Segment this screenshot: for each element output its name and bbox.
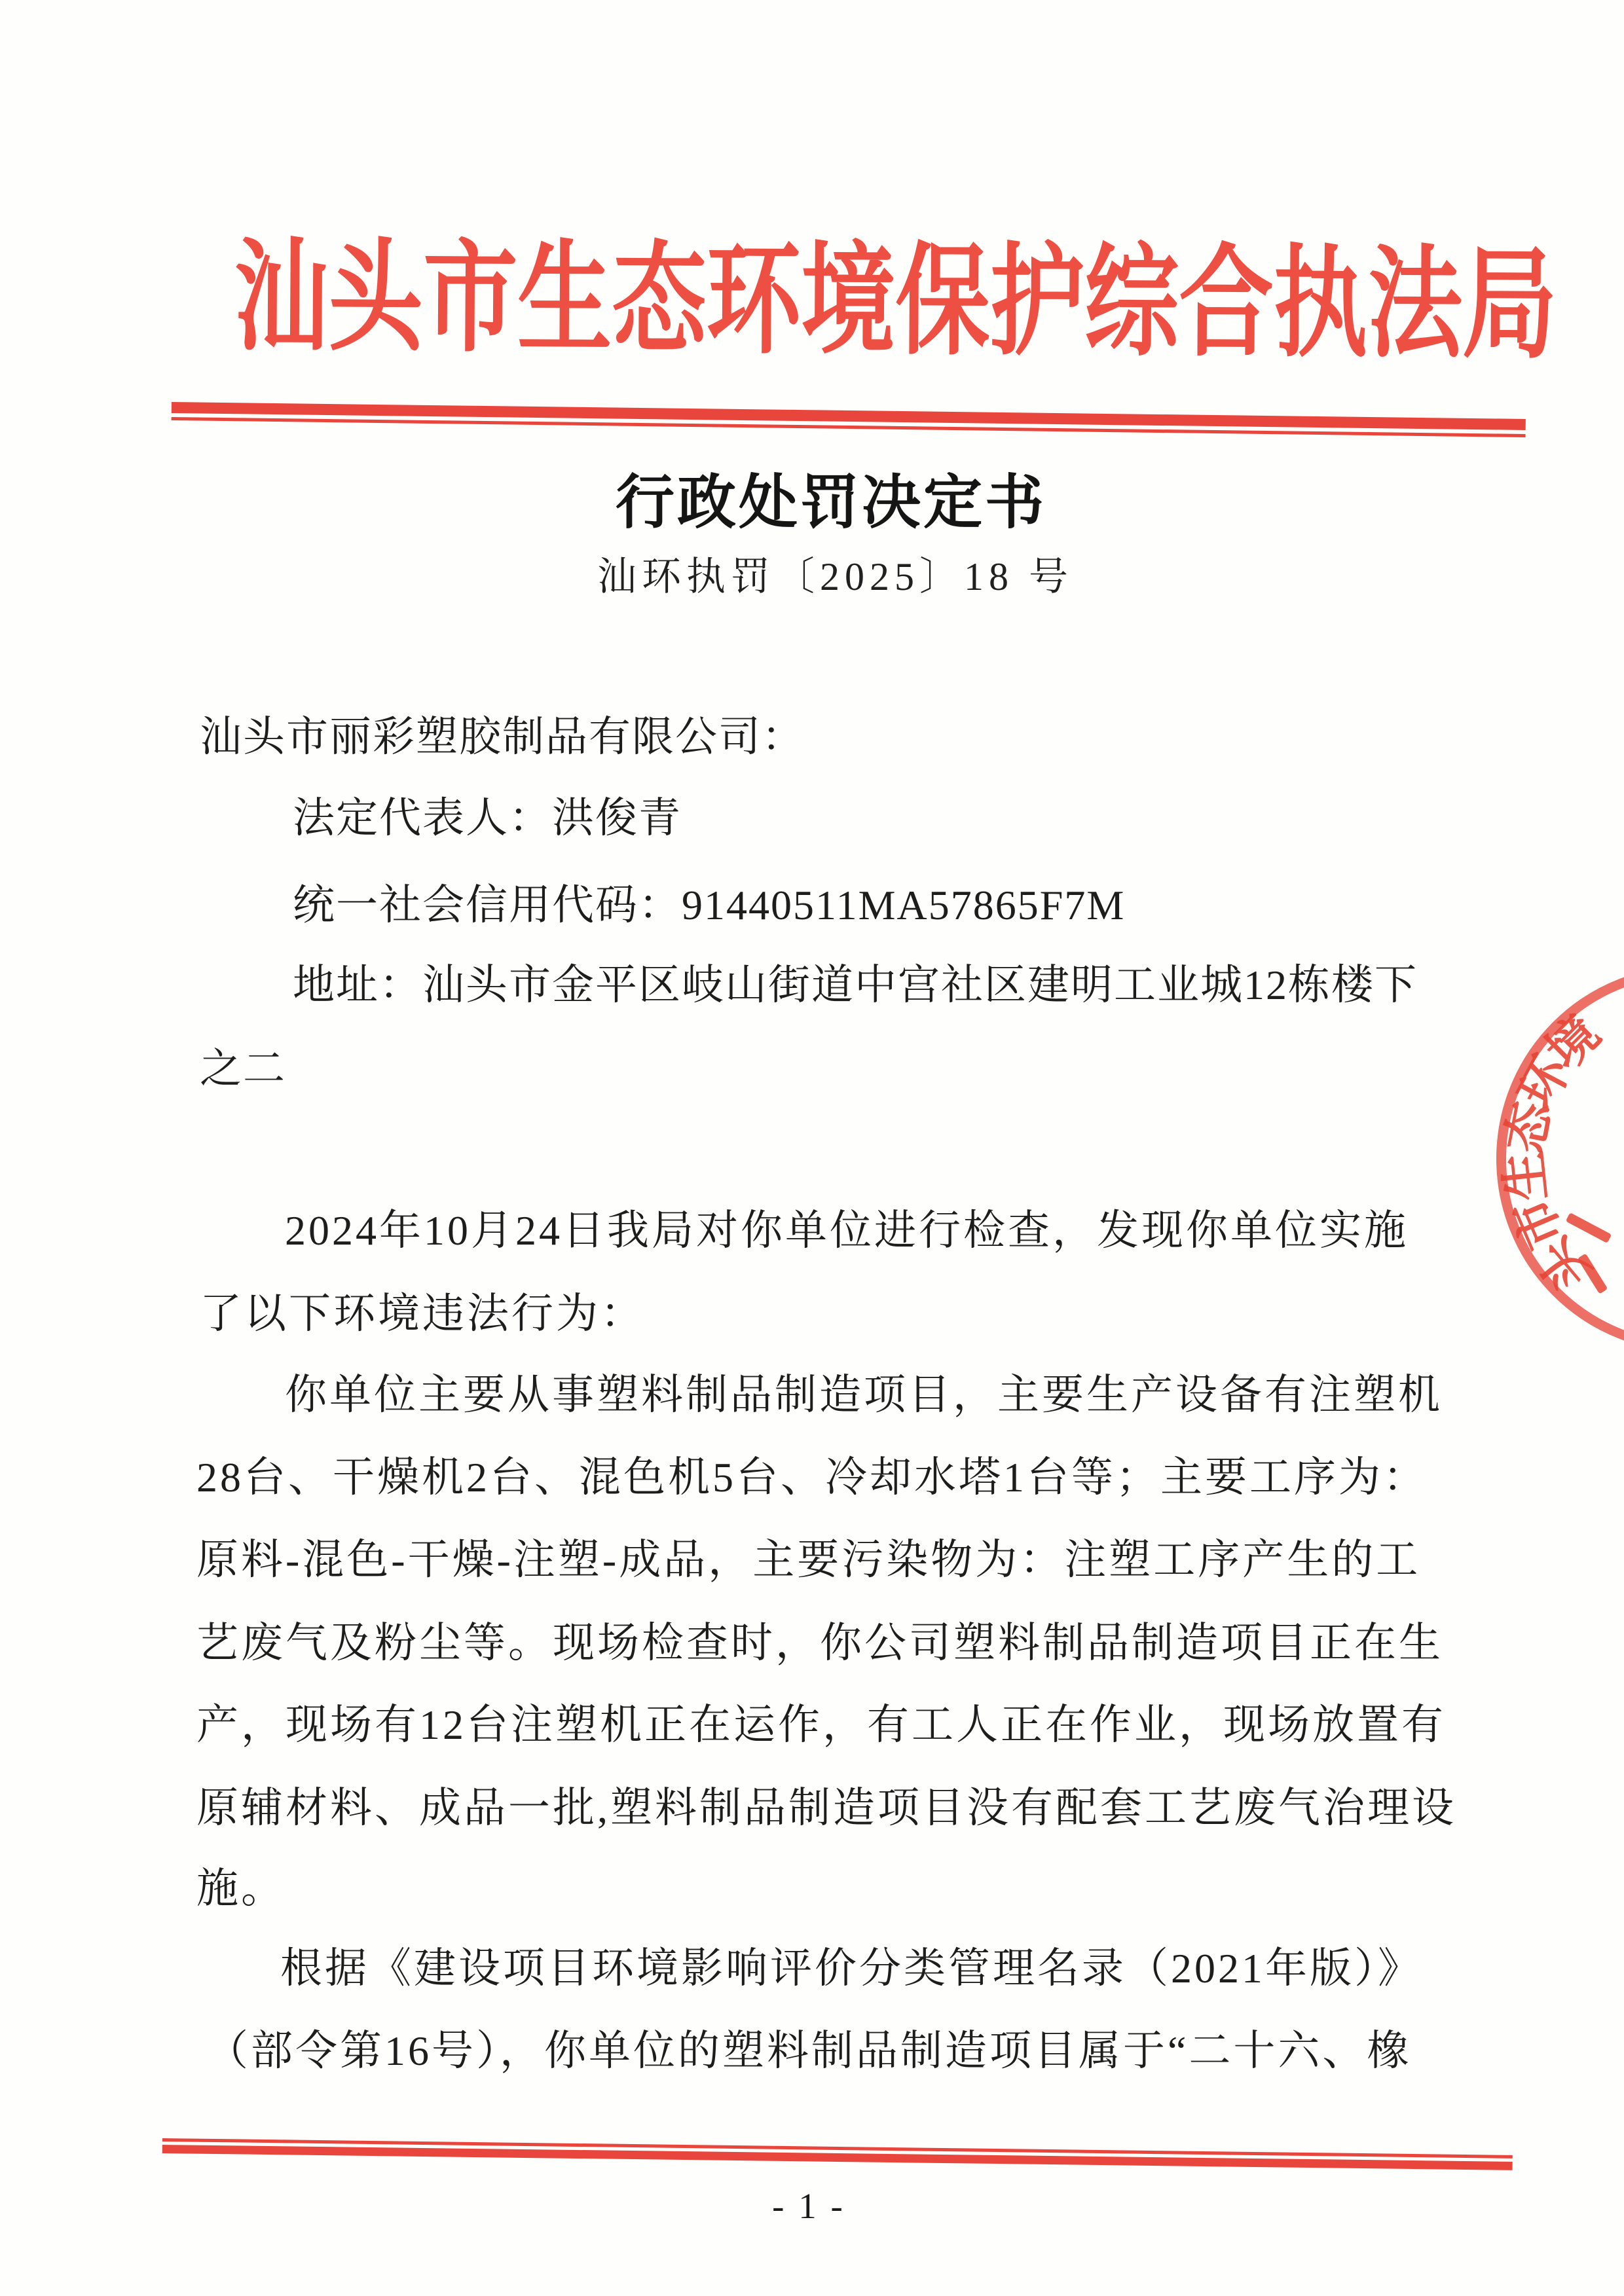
body-line-recipient: 汕头市丽彩塑胶制品有限公司： <box>200 713 805 763</box>
body-line: 了以下环境违法行为： <box>200 1290 645 1339</box>
masthead-agency-name: 汕头市生态环境保护综合执法局 <box>234 230 1557 374</box>
document-number: 汕环执罚〔2025〕18 号 <box>597 545 1073 602</box>
scanned-document-page: 汕头市生态环境保护综合执法局 行政处罚决定书 汕环执罚〔2025〕18 号 汕头… <box>0 0 1624 2296</box>
body-line: （部令第16号），你单位的塑料制品制造项目属于“二十六、橡 <box>206 2027 1411 2077</box>
body-line: 产，现场有12台注塑机正在运作，有工人正在作业，现场放置有 <box>196 1701 1446 1751</box>
masthead-rule <box>172 402 1526 437</box>
body-line: 施。 <box>196 1865 286 1914</box>
footer-rule <box>162 2138 1513 2170</box>
body-line: 艺废气及粉尘等。现场检查时，你公司塑料制品制造项目正在生 <box>196 1619 1443 1669</box>
document-title: 行政处罚决定书 <box>616 454 1046 539</box>
body-line: 原料-混色-干燥-注塑-成品，主要污染物为：注塑工序产生的工 <box>196 1536 1420 1586</box>
body-line-credit-code: 统一社会信用代码：91440511MA57865F7M <box>293 881 1125 931</box>
body-line: 你单位主要从事塑料制品制造项目，主要生产设备有注塑机 <box>285 1371 1443 1421</box>
body-line: 28台、干燥机2台、混色机5台、冷却水塔1台等；主要工序为： <box>196 1453 1428 1503</box>
body-line-address-2: 之二 <box>200 1045 286 1095</box>
body-line-address-1: 地址：汕头市金平区岐山街道中宫社区建明工业城12栋楼下 <box>293 961 1418 1011</box>
page-number: - 1 - <box>710 2185 907 2227</box>
body-line: 根据《建设项目环境影响评价分类管理名录（2021年版）》 <box>280 1944 1422 1994</box>
body-line: 2024年10月24日我局对你单位进行检查，发现你单位实施 <box>285 1207 1409 1256</box>
body-line-legal-rep: 法定代表人：洪俊青 <box>293 794 682 844</box>
body-line: 原辅材料、成品一批,塑料制品制造项目没有配套工艺废气治理设 <box>196 1784 1456 1834</box>
